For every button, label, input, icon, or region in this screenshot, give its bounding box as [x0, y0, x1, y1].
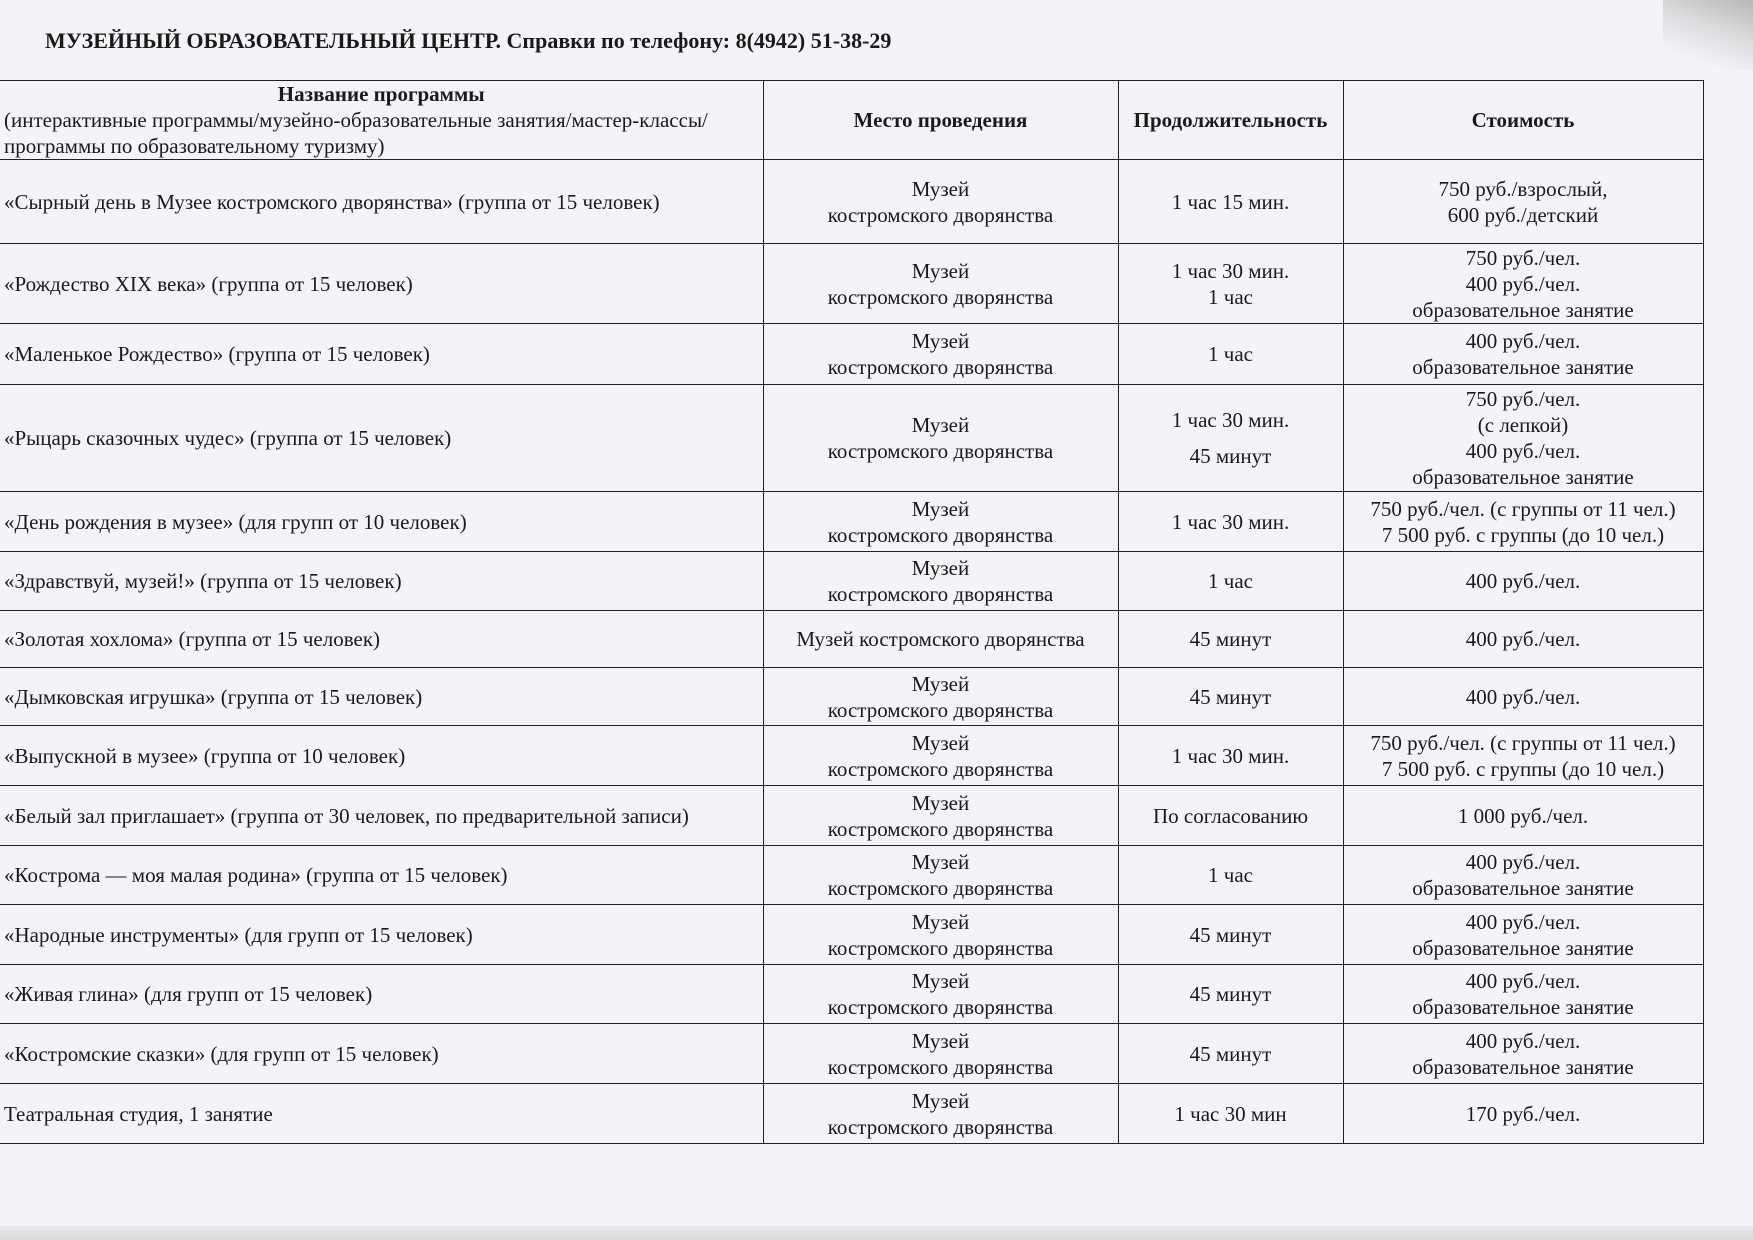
cell-price-line: 750 руб./чел. [1348, 245, 1699, 271]
cell-price: 750 руб./чел. (с группы от 11 чел.)7 500… [1343, 492, 1703, 552]
table-row: «Золотая хохлома» (группа от 15 человек)… [0, 611, 1703, 668]
cell-duration-line: 1 час 30 мин. [1123, 407, 1339, 433]
cell-duration-line: 1 час [1123, 568, 1339, 594]
cell-duration-line: 1 час [1123, 341, 1339, 367]
cell-program-name: «Народные инструменты» (для групп от 15 … [0, 905, 763, 965]
cell-duration: 1 час 30 мин.1 час [1118, 244, 1343, 324]
cell-place-line: Музей [768, 176, 1114, 202]
cell-program-name: «Кострома — моя малая родина» (группа от… [0, 846, 763, 905]
cell-price-line: образовательное занятие [1348, 935, 1699, 961]
cell-place-line: костромского дворянства [768, 1114, 1114, 1140]
table-row: «Народные инструменты» (для групп от 15 … [0, 905, 1703, 965]
cell-duration: 1 час 30 мин [1118, 1084, 1343, 1144]
cell-place: Музейкостромского дворянства [763, 385, 1118, 492]
cell-price: 400 руб./чел.образовательное занятие [1343, 846, 1703, 905]
cell-price: 750 руб./чел.(с лепкой)400 руб./чел.обра… [1343, 385, 1703, 492]
cell-price-line: 750 руб./взрослый, [1348, 176, 1699, 202]
cell-price: 400 руб./чел. [1343, 611, 1703, 668]
programs-table: Название программы (интерактивные програ… [0, 80, 1704, 1144]
cell-duration: 45 минут [1118, 611, 1343, 668]
table-row: «День рождения в музее» (для групп от 10… [0, 492, 1703, 552]
cell-price-line: 400 руб./чел. [1348, 684, 1699, 710]
cell-duration: 1 час 30 мин. [1118, 492, 1343, 552]
cell-price-line: 400 руб./чел. [1348, 849, 1699, 875]
cell-place-line: костромского дворянства [768, 1054, 1114, 1080]
cell-duration: 1 час [1118, 552, 1343, 611]
cell-program-name: «Золотая хохлома» (группа от 15 человек) [0, 611, 763, 668]
cell-price-line: образовательное занятие [1348, 464, 1699, 490]
cell-program-name: «Дымковская игрушка» (группа от 15 челов… [0, 668, 763, 726]
cell-duration-line: 1 час [1123, 862, 1339, 888]
cell-duration: 1 час [1118, 324, 1343, 385]
cell-duration-line: 1 час 30 мин. [1123, 743, 1339, 769]
cell-place: Музейкостромского дворянства [763, 324, 1118, 385]
cell-program-name: «День рождения в музее» (для групп от 10… [0, 492, 763, 552]
cell-program-name: Театральная студия, 1 занятие [0, 1084, 763, 1144]
cell-place: Музейкостромского дворянства [763, 1024, 1118, 1084]
cell-price: 400 руб./чел. [1343, 552, 1703, 611]
cell-place-line: Музей [768, 730, 1114, 756]
cell-place: Музейкостромского дворянства [763, 786, 1118, 846]
cell-duration-line: 1 час 30 мин [1123, 1101, 1339, 1127]
cell-price-line: 750 руб./чел. (с группы от 11 чел.) [1348, 730, 1699, 756]
cell-price-line: образовательное занятие [1348, 875, 1699, 901]
cell-place-line: Музей [768, 909, 1114, 935]
cell-program-name: «Здравствуй, музей!» (группа от 15 челов… [0, 552, 763, 611]
cell-price: 400 руб./чел.образовательное занятие [1343, 1024, 1703, 1084]
page-bottom-edge [0, 1226, 1753, 1240]
cell-place: Музейкостромского дворянства [763, 846, 1118, 905]
header-program-name-title: Название программы [4, 81, 759, 107]
table-row: «Здравствуй, музей!» (группа от 15 челов… [0, 552, 1703, 611]
cell-price-line: 600 руб./детский [1348, 202, 1699, 228]
table-row: «Рождество XIX века» (группа от 15 челов… [0, 244, 1703, 324]
cell-price: 400 руб./чел.образовательное занятие [1343, 965, 1703, 1024]
cell-place-line: Музей [768, 412, 1114, 438]
cell-program-name: «Маленькое Рождество» (группа от 15 чело… [0, 324, 763, 385]
cell-price: 170 руб./чел. [1343, 1084, 1703, 1144]
cell-place-line: костромского дворянства [768, 438, 1114, 464]
cell-price-line: 1 000 руб./чел. [1348, 803, 1699, 829]
cell-place-line: костромского дворянства [768, 935, 1114, 961]
document-title: МУЗЕЙНЫЙ ОБРАЗОВАТЕЛЬНЫЙ ЦЕНТР. Справки … [45, 28, 891, 54]
cell-place-line: Музей [768, 790, 1114, 816]
cell-price: 400 руб./чел.образовательное занятие [1343, 905, 1703, 965]
cell-price: 400 руб./чел.образовательное занятие [1343, 324, 1703, 385]
cell-duration: 1 час 30 мин.45 минут [1118, 385, 1343, 492]
table-row: «Сырный день в Музее костромского дворян… [0, 160, 1703, 244]
cell-program-name: «Выпускной в музее» (группа от 10 челове… [0, 726, 763, 786]
cell-price-line: 400 руб./чел. [1348, 271, 1699, 297]
cell-duration-line: 1 час 30 мин. [1123, 258, 1339, 284]
cell-place-line: костромского дворянства [768, 875, 1114, 901]
page-corner-shadow [1663, 0, 1753, 70]
cell-price-line: образовательное занятие [1348, 1054, 1699, 1080]
cell-place: Музейкостромского дворянства [763, 965, 1118, 1024]
cell-place-line: Музей [768, 968, 1114, 994]
cell-place-line: костромского дворянства [768, 816, 1114, 842]
table-row: «Кострома — моя малая родина» (группа от… [0, 846, 1703, 905]
cell-duration: По согласованию [1118, 786, 1343, 846]
cell-duration: 1 час [1118, 846, 1343, 905]
cell-duration: 1 час 15 мин. [1118, 160, 1343, 244]
cell-price: 400 руб./чел. [1343, 668, 1703, 726]
cell-place-line: Музей [768, 328, 1114, 354]
cell-place: Музейкостромского дворянства [763, 492, 1118, 552]
cell-program-name: «Костромские сказки» (для групп от 15 че… [0, 1024, 763, 1084]
table-row: «Костромские сказки» (для групп от 15 че… [0, 1024, 1703, 1084]
cell-price-line: 400 руб./чел. [1348, 328, 1699, 354]
header-program-name: Название программы (интерактивные програ… [0, 81, 763, 160]
cell-duration-line: 1 час 30 мин. [1123, 509, 1339, 535]
cell-program-name: «Белый зал приглашает» (группа от 30 чел… [0, 786, 763, 846]
cell-price-line: образовательное занятие [1348, 297, 1699, 323]
cell-duration: 45 минут [1118, 668, 1343, 726]
cell-price-line: 400 руб./чел. [1348, 968, 1699, 994]
cell-price-line: образовательное занятие [1348, 354, 1699, 380]
cell-price-line: 7 500 руб. с группы (до 10 чел.) [1348, 522, 1699, 548]
cell-place-line: костромского дворянства [768, 284, 1114, 310]
cell-price-line: 7 500 руб. с группы (до 10 чел.) [1348, 756, 1699, 782]
header-price: Стоимость [1343, 81, 1703, 160]
cell-place-line: Музей [768, 258, 1114, 284]
cell-place-line: Музей [768, 671, 1114, 697]
cell-price-line: 400 руб./чел. [1348, 626, 1699, 652]
cell-duration: 1 час 30 мин. [1118, 726, 1343, 786]
cell-place: Музей костромского дворянства [763, 611, 1118, 668]
table-row: «Живая глина» (для групп от 15 человек)М… [0, 965, 1703, 1024]
table-row: Театральная студия, 1 занятиеМузейкостро… [0, 1084, 1703, 1144]
cell-place: Музейкостромского дворянства [763, 905, 1118, 965]
cell-place: Музейкостромского дворянства [763, 668, 1118, 726]
cell-price-line: образовательное занятие [1348, 994, 1699, 1020]
cell-place-line: Музей [768, 555, 1114, 581]
cell-price-line: 400 руб./чел. [1348, 1028, 1699, 1054]
table-row: «Маленькое Рождество» (группа от 15 чело… [0, 324, 1703, 385]
header-duration: Продолжительность [1118, 81, 1343, 160]
cell-price-line: 170 руб./чел. [1348, 1101, 1699, 1127]
cell-price-line: 750 руб./чел. [1348, 386, 1699, 412]
cell-price: 750 руб./взрослый,600 руб./детский [1343, 160, 1703, 244]
cell-place-line: костромского дворянства [768, 697, 1114, 723]
cell-price-line: 400 руб./чел. [1348, 909, 1699, 935]
cell-place: Музейкостромского дворянства [763, 726, 1118, 786]
cell-price-line: (с лепкой) [1348, 412, 1699, 438]
cell-duration-line: 45 минут [1123, 922, 1339, 948]
cell-duration-line: 45 минут [1123, 626, 1339, 652]
cell-price: 750 руб./чел. (с группы от 11 чел.)7 500… [1343, 726, 1703, 786]
cell-place-line: Музей костромского дворянства [768, 626, 1114, 652]
table-row: «Рыцарь сказочных чудес» (группа от 15 ч… [0, 385, 1703, 492]
cell-duration-line: 45 минут [1123, 443, 1339, 469]
table-row: «Белый зал приглашает» (группа от 30 чел… [0, 786, 1703, 846]
cell-place-line: Музей [768, 496, 1114, 522]
table-header-row: Название программы (интерактивные програ… [0, 81, 1703, 160]
cell-place-line: костромского дворянства [768, 522, 1114, 548]
cell-place-line: костромского дворянства [768, 994, 1114, 1020]
cell-program-name: «Сырный день в Музее костромского дворян… [0, 160, 763, 244]
cell-place-line: костромского дворянства [768, 202, 1114, 228]
header-place: Место проведения [763, 81, 1118, 160]
cell-duration-line: 1 час [1123, 284, 1339, 310]
cell-duration-line: 45 минут [1123, 981, 1339, 1007]
cell-program-name: «Рождество XIX века» (группа от 15 челов… [0, 244, 763, 324]
cell-duration-line: 45 минут [1123, 1041, 1339, 1067]
cell-price: 750 руб./чел.400 руб./чел.образовательно… [1343, 244, 1703, 324]
cell-duration-line: 45 минут [1123, 684, 1339, 710]
header-program-name-subtitle: (интерактивные программы/музейно-образов… [4, 108, 708, 158]
cell-duration-line: 1 час 15 мин. [1123, 189, 1339, 215]
table-row: «Дымковская игрушка» (группа от 15 челов… [0, 668, 1703, 726]
cell-price: 1 000 руб./чел. [1343, 786, 1703, 846]
cell-duration: 45 минут [1118, 965, 1343, 1024]
cell-place: Музейкостромского дворянства [763, 160, 1118, 244]
table-body: «Сырный день в Музее костромского дворян… [0, 160, 1703, 1144]
cell-price-line: 750 руб./чел. (с группы от 11 чел.) [1348, 496, 1699, 522]
cell-program-name: «Живая глина» (для групп от 15 человек) [0, 965, 763, 1024]
cell-place: Музейкостромского дворянства [763, 1084, 1118, 1144]
table-row: «Выпускной в музее» (группа от 10 челове… [0, 726, 1703, 786]
cell-duration: 45 минут [1118, 1024, 1343, 1084]
cell-place-line: костромского дворянства [768, 581, 1114, 607]
cell-duration-line [1123, 433, 1339, 443]
cell-place-line: Музей [768, 1028, 1114, 1054]
cell-price-line: 400 руб./чел. [1348, 568, 1699, 594]
cell-place-line: Музей [768, 1088, 1114, 1114]
cell-place-line: Музей [768, 849, 1114, 875]
cell-price-line: 400 руб./чел. [1348, 438, 1699, 464]
cell-place-line: костромского дворянства [768, 354, 1114, 380]
cell-place: Музейкостромского дворянства [763, 552, 1118, 611]
cell-place: Музейкостромского дворянства [763, 244, 1118, 324]
cell-duration-line: По согласованию [1123, 803, 1339, 829]
cell-program-name: «Рыцарь сказочных чудес» (группа от 15 ч… [0, 385, 763, 492]
cell-place-line: костромского дворянства [768, 756, 1114, 782]
cell-duration: 45 минут [1118, 905, 1343, 965]
